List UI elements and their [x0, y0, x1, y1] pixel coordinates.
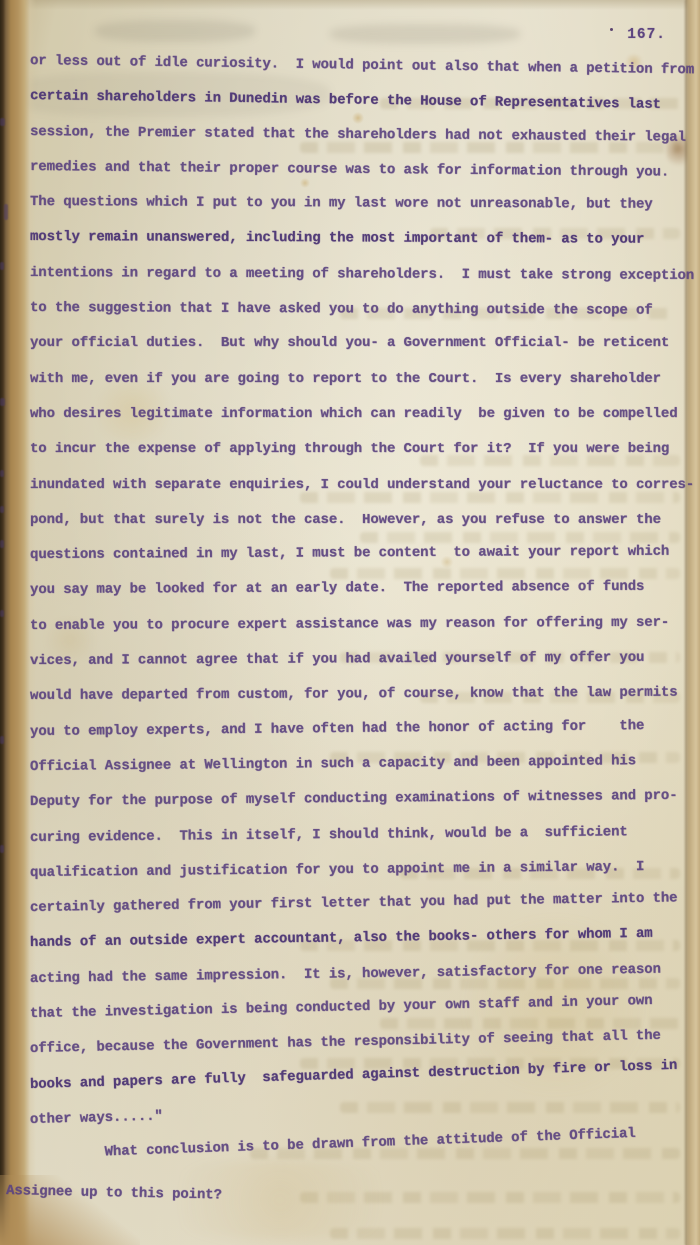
ink-fragment	[0, 398, 5, 406]
typescript-line: inundated with separate enquiries, I cou…	[30, 468, 698, 503]
ink-fragment	[0, 540, 4, 548]
typescript-line: Assignee up to this point?	[6, 1174, 699, 1224]
typescript-line: session, the Premier stated that the sha…	[30, 115, 698, 156]
page-top-edge	[0, 0, 700, 10]
ink-fragment	[0, 845, 4, 853]
typescript-page: 167. or less out of idle curiosity. I wo…	[0, 0, 700, 1245]
typescript-line: vices, and I cannot agree that if you ha…	[30, 641, 698, 680]
typescript-line: you say may be looked for at an early da…	[30, 570, 698, 609]
typescript-line: to enable you to procure expert assistan…	[30, 605, 698, 644]
typescript-line: with me, even if you are going to report…	[30, 362, 698, 397]
page-number: 167.	[627, 27, 666, 43]
typescript-line: pond, but that surely is not the case. H…	[30, 503, 698, 538]
ink-fragment	[0, 118, 5, 126]
ink-fragment	[4, 204, 8, 220]
ink-fragment	[0, 470, 4, 477]
typescript-line: mostly remain unanswered, including the …	[30, 220, 698, 258]
bleedthrough-mark	[330, 1228, 680, 1239]
typescript-line: intentions in regard to a meeting of sha…	[30, 256, 698, 294]
letter-body: or less out of idle curiosity. I would p…	[30, 44, 698, 1209]
typescript-line: Deputy for the purpose of myself conduct…	[30, 779, 698, 821]
typescript-line: to incur the expense of applying through…	[30, 432, 698, 467]
ink-fragment	[0, 506, 4, 513]
ink-fragment	[0, 610, 4, 617]
ink-fragment	[0, 262, 4, 270]
ink-fragment	[0, 736, 4, 744]
smudge	[330, 24, 520, 44]
typescript-line: who desires legitimate information which…	[30, 397, 698, 432]
typescript-line: The questions which I put to you in my l…	[30, 185, 698, 223]
typescript-line: your official duties. But why should you…	[30, 326, 698, 361]
typescript-line: questions contained in my last, I must b…	[30, 535, 698, 574]
ink-speck	[610, 28, 613, 31]
typescript-line: to the suggestion that I have asked you …	[30, 291, 698, 329]
smudge	[95, 20, 255, 42]
